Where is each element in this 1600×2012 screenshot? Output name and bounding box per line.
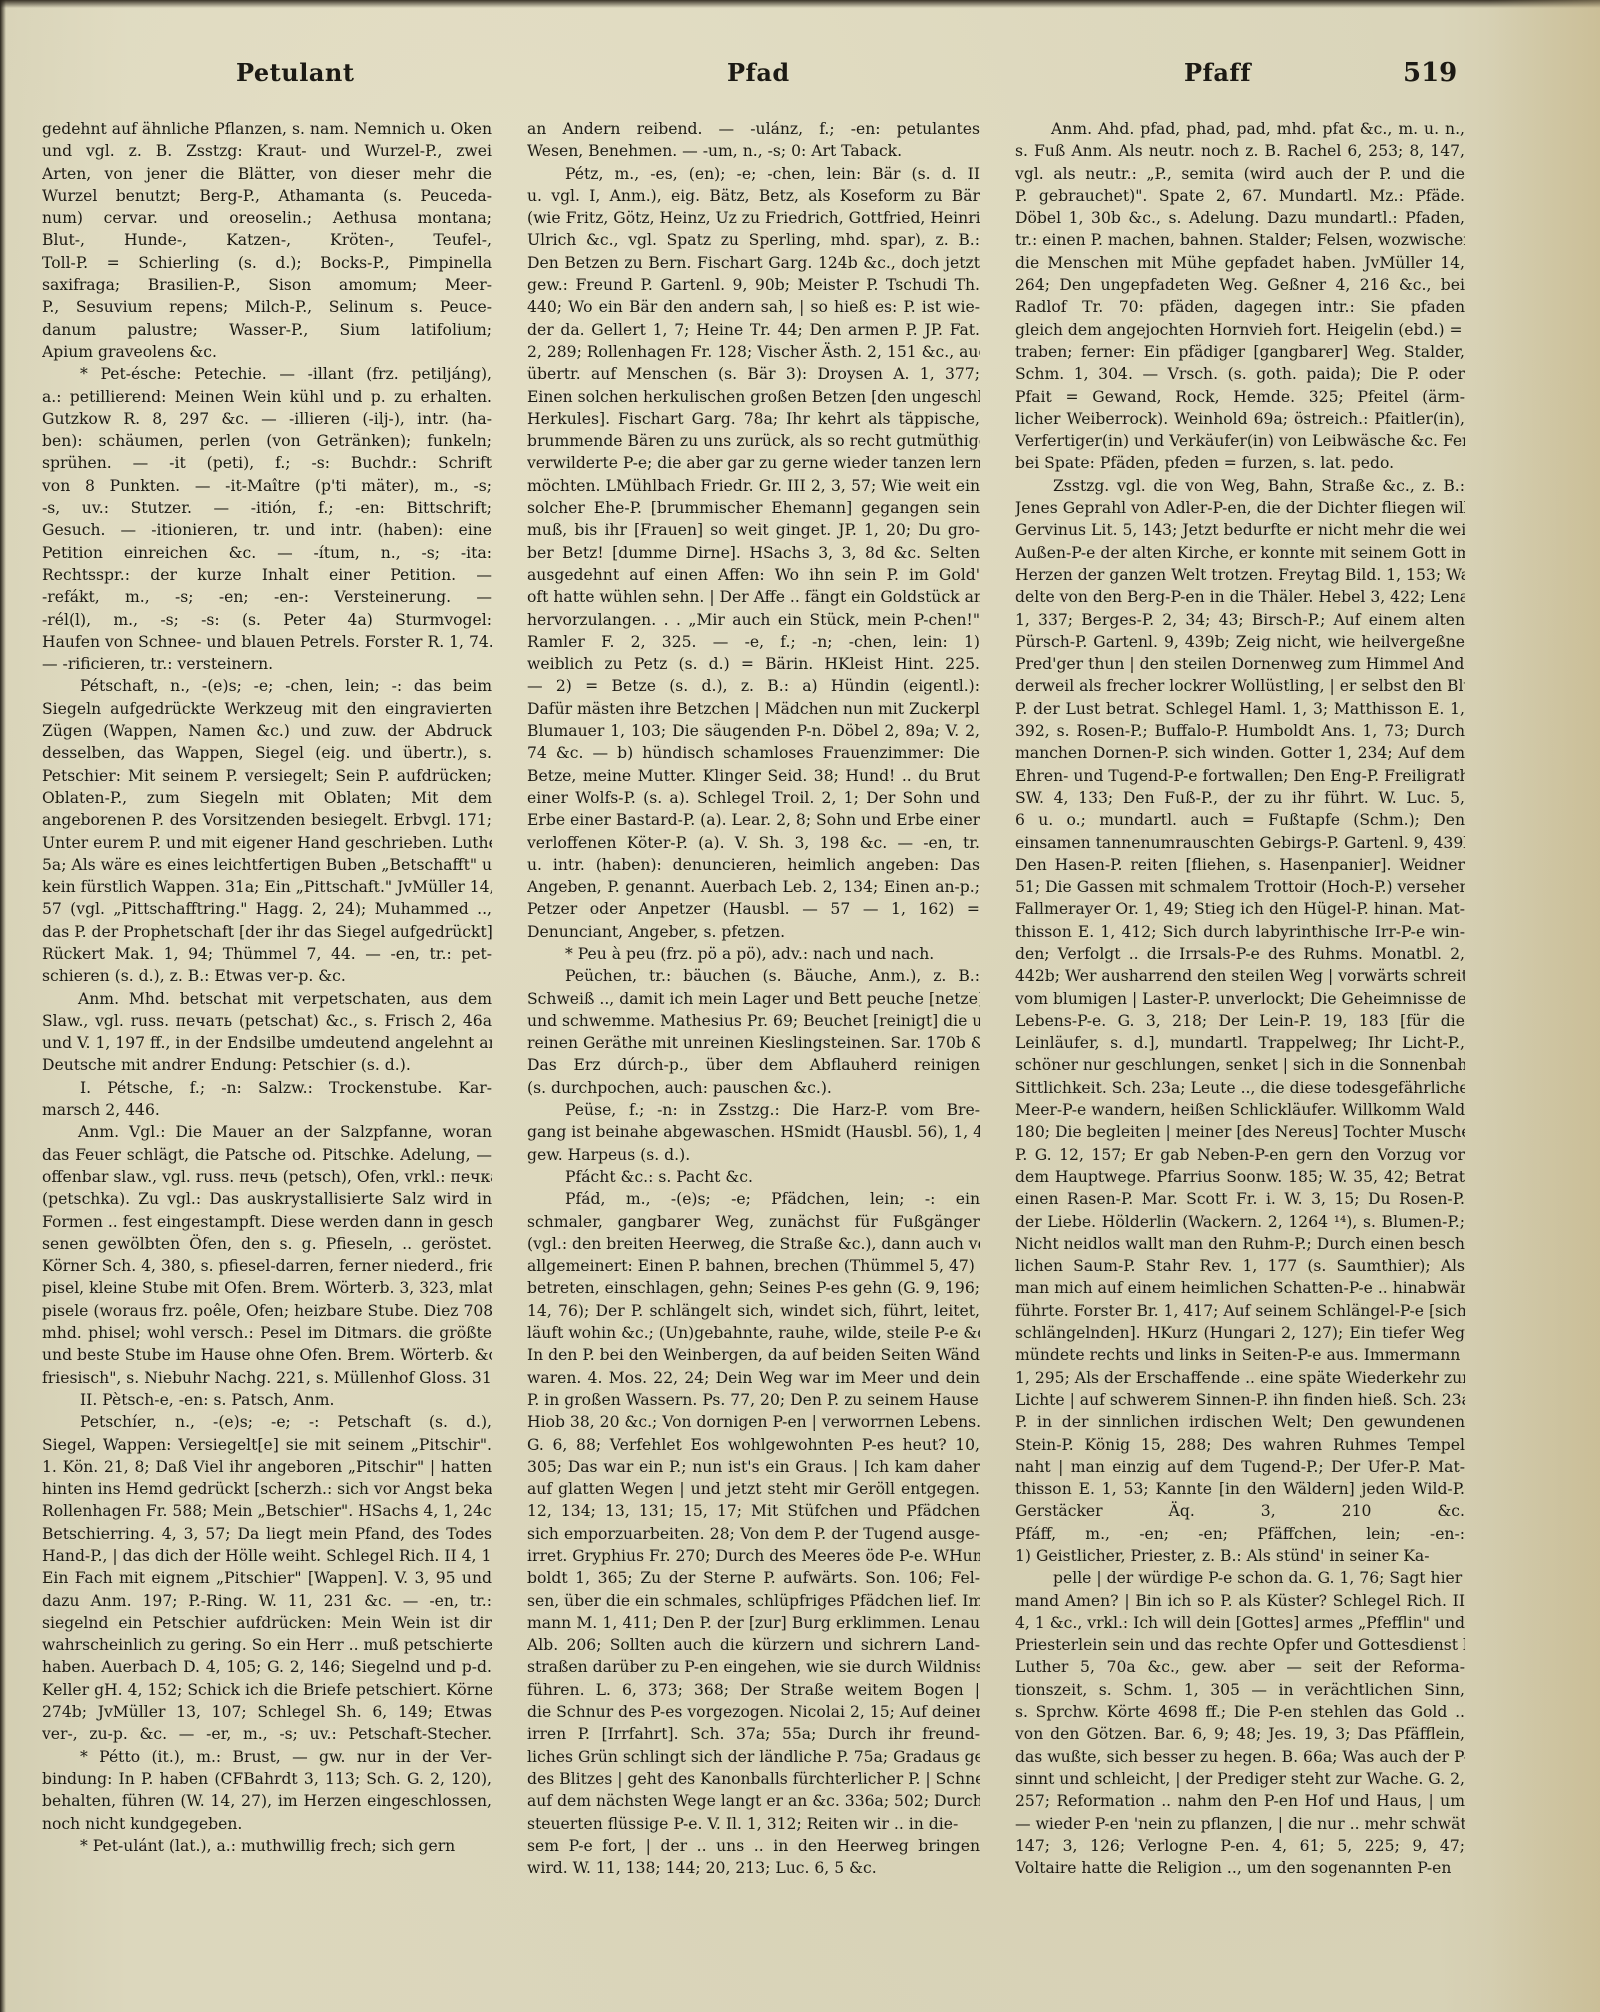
text-line: den; Verfolgt .. die Irrsals-P-e des Ruh…	[1015, 943, 1465, 965]
text-line: -refákt, m., -s; -en; -en-: Versteinerun…	[42, 586, 492, 608]
text-line: Radlof Tr. 70: pfäden, dagegen intr.: Si…	[1015, 296, 1465, 318]
text-line: Pétschaft, n., -(e)s; -e; -chen, lein; -…	[42, 675, 492, 697]
text-line: dazu Anm. 197; P.-Ring. W. 11, 231 &c. —…	[42, 1590, 492, 1612]
text-line: pelle | der würdige P-e schon da. G. 1, …	[1015, 1567, 1465, 1589]
text-line: Pürsch-P. Gartenl. 9, 439b; Zeig nicht, …	[1015, 631, 1465, 653]
text-line: gleich dem angejochten Hornvieh fort. He…	[1015, 319, 1465, 341]
text-line: dem Hauptwege. Pfarrius Soonw. 185; W. 3…	[1015, 1166, 1465, 1188]
text-line: Petschíer, n., -(e)s; -e; -: Petschaft (…	[42, 1411, 492, 1433]
text-line: Angeben, P. genannt. Auerbach Leb. 2, 13…	[527, 876, 980, 898]
text-line: Betschierring. 4, 3, 57; Da liegt mein P…	[42, 1523, 492, 1545]
text-line: schöner nur geschlungen, senket | sich i…	[1015, 1054, 1465, 1076]
text-line: delte von den Berg-P-en in die Thäler. H…	[1015, 586, 1465, 608]
text-line: Ramler F. 2, 325. — -e, f.; -n; -chen, l…	[527, 631, 980, 653]
text-line: auf dem nächsten Wege langt er an &c. 33…	[527, 1790, 980, 1812]
text-line: Wurzel benutzt; Berg-P., Athamanta (s. P…	[42, 185, 492, 207]
text-line: brummende Bären zu uns zurück, als so re…	[527, 430, 980, 452]
text-line: Rollenhagen Fr. 588; Mein „Betschier". H…	[42, 1500, 492, 1522]
text-line: möchten. LMühlbach Friedr. Gr. III 2, 3,…	[527, 475, 980, 497]
text-line: Keller gH. 4, 152; Schick ich die Briefe…	[42, 1679, 492, 1701]
text-line: Leinläufer, s. d.], mundartl. Trappelweg…	[1015, 1032, 1465, 1054]
text-line: Petition einreichen &c. — -ítum, n., -s;…	[42, 542, 492, 564]
text-line: Pfait = Gewand, Rock, Hemde. 325; Pfeite…	[1015, 386, 1465, 408]
text-line: 1) Geistlicher, Priester, z. B.: Als stü…	[1015, 1545, 1465, 1567]
text-line: 14, 76); Der P. schlängelt sich, windet …	[527, 1300, 980, 1322]
text-line: Pred'ger thun | den steilen Dornenweg zu…	[1015, 653, 1465, 675]
text-line: schlängelnden]. HKurz (Hungari 2, 127); …	[1015, 1322, 1465, 1344]
text-line: u. vgl. I, Anm.), eig. Bätz, Betz, als K…	[527, 185, 980, 207]
text-line: sprühen. — -it (peti), f.; -s: Buchdr.: …	[42, 452, 492, 474]
text-line: * Pet-ésche: Petechie. — -illant (frz. p…	[42, 363, 492, 385]
text-line: und schwemme. Mathesius Pr. 69; Beuchet …	[527, 1010, 980, 1032]
text-line: danum palustre; Wasser-P., Sium latifoli…	[42, 319, 492, 341]
text-line: 57 (vgl. „Pittschafftring." Hagg. 2, 24)…	[42, 898, 492, 920]
text-line: licher Weiberrock). Weinhold 69a; östrei…	[1015, 408, 1465, 430]
text-line: 180; Die begleiten | meiner [des Nereus]…	[1015, 1121, 1465, 1143]
text-line: G. 6, 88; Verfehlet Eos wohlgewohnten P-…	[527, 1434, 980, 1456]
text-line: naht | man einzig auf dem Tugend-P.; Der…	[1015, 1456, 1465, 1478]
text-line: 12, 134; 13, 131; 15, 17; Mit Stüfchen u…	[527, 1500, 980, 1522]
text-line: mhd. phisel; wohl versch.: Pesel im Ditm…	[42, 1322, 492, 1344]
text-line: 442b; Wer ausharrend den steilen Weg | v…	[1015, 965, 1465, 987]
text-line: hinten ins Hemd gedrückt [scherzh.: sich…	[42, 1478, 492, 1500]
text-line: irren P. [Irrfahrt]. Sch. 37a; 55a; Durc…	[527, 1723, 980, 1745]
paper-edge-tint	[1490, 0, 1600, 2012]
text-line: Blut-, Hunde-, Katzen-, Kröten-, Teufel-…	[42, 229, 492, 251]
text-line: traben; ferner: Ein pfädiger [gangbarer]…	[1015, 341, 1465, 363]
text-line: Einen solchen herkulischen großen Betzen…	[527, 386, 980, 408]
text-line: thisson E. 1, 412; Sich durch labyrinthi…	[1015, 921, 1465, 943]
text-line: bei Spate: Pfäden, pfeden = furzen, s. l…	[1015, 452, 1465, 474]
text-line: s. Sprchw. Körte 4698 ff.; Die P-en steh…	[1015, 1701, 1465, 1723]
text-line: 5a; Als wäre es eines leichtfertigen Bub…	[42, 854, 492, 876]
text-line: 6 u. o.; mundartl. auch = Fußtapfe (Schm…	[1015, 809, 1465, 831]
text-line: Erbe einer Bastard-P. (a). Lear. 2, 8; S…	[527, 809, 980, 831]
text-line: friesisch", s. Niebuhr Nachg. 221, s. Mü…	[42, 1367, 492, 1389]
text-line: II. Pètsch-e, -en: s. Patsch, Anm.	[42, 1389, 492, 1411]
text-line: reinen Geräthe mit unreinen Kieslingstei…	[527, 1032, 980, 1054]
text-line: 264; Den ungepfadeten Weg. Geßner 4, 216…	[1015, 274, 1465, 296]
text-line: Verfertiger(in) und Verkäufer(in) von Le…	[1015, 430, 1465, 452]
text-line: Siegel, Wappen: Versiegelt[e] sie mit se…	[42, 1434, 492, 1456]
text-line: desselben, das Wappen, Siegel (eig. und …	[42, 742, 492, 764]
text-line: ausgedehnt auf einen Affen: Wo ihn sein …	[527, 564, 980, 586]
text-line: von 8 Punkten. — -it-Maître (p'ti mäter)…	[42, 475, 492, 497]
text-line: -s, uv.: Stutzer. — -itión, f.; -en: Bit…	[42, 497, 492, 519]
text-line: Pétz, m., -es, (en); -e; -chen, lein: Bä…	[527, 163, 980, 185]
text-line: Zsstzg. vgl. die von Weg, Bahn, Straße &…	[1015, 475, 1465, 497]
text-line: gew.: Freund P. Gartenl. 9, 90b; Meister…	[527, 274, 980, 296]
text-line: 2, 289; Rollenhagen Fr. 128; Vischer Äst…	[527, 341, 980, 363]
text-line: kein fürstlich Wappen. 31a; Ein „Pittsch…	[42, 876, 492, 898]
text-line: Hand-P., | das dich der Hölle weiht. Sch…	[42, 1545, 492, 1567]
text-line: Pfád, m., -(e)s; -e; Pfädchen, lein; -: …	[527, 1188, 980, 1210]
text-line: a.: petillierend: Meinen Wein kühl und p…	[42, 386, 492, 408]
text-line: angeborenen P. des Vorsitzenden besiegel…	[42, 809, 492, 831]
text-line: Döbel 1, 30b &c., s. Adelung. Dazu munda…	[1015, 207, 1465, 229]
text-line: Unter eurem P. und mit eigener Hand gesc…	[42, 832, 492, 854]
text-line: Pfáff, m., -en; -en; Pfäffchen, lein; -e…	[1015, 1523, 1465, 1545]
text-line: 440; Wo ein Bär den andern sah, | so hie…	[527, 296, 980, 318]
text-line: Blumauer 1, 103; Die säugenden P-n. Döbe…	[527, 720, 980, 742]
column-right: Anm. Ahd. pfad, phad, pad, mhd. pfat &c.…	[1015, 118, 1465, 1879]
text-line: P. in der sinnlichen irdischen Welt; Den…	[1015, 1411, 1465, 1433]
text-line: liches Grün schlingt sich der ländliche …	[527, 1746, 980, 1768]
text-line: (s. durchpochen, auch: pauschen &c.).	[527, 1077, 980, 1099]
text-line: die Schnur des P-es vorgezogen. Nicolai …	[527, 1701, 980, 1723]
text-line: sich emporzuarbeiten. 28; Von dem P. der…	[527, 1523, 980, 1545]
text-line: Luther 5, 70a &c., gew. aber — seit der …	[1015, 1656, 1465, 1678]
text-line: Anm. Ahd. pfad, phad, pad, mhd. pfat &c.…	[1015, 118, 1465, 140]
text-line: pisel, kleine Stube mit Ofen. Brem. Wört…	[42, 1277, 492, 1299]
text-line: mann M. 1, 411; Den P. der [zur] Burg er…	[527, 1612, 980, 1634]
text-line: saxifraga; Brasilien-P., Sison amomum; M…	[42, 274, 492, 296]
scanned-dictionary-page: Petulant Pfad Pfaff 519 gedehnt auf ähnl…	[0, 0, 1600, 2012]
text-line: solcher Ehe-P. [brummischer Ehemann] geg…	[527, 497, 980, 519]
text-line: 257; Reformation .. nahm den P-en Hof un…	[1015, 1790, 1465, 1812]
text-line: steuerten flüssige P-e. V. Il. 1, 312; R…	[527, 1813, 980, 1835]
text-line: Formen .. fest eingestampft. Diese werde…	[42, 1211, 492, 1233]
text-line: ben): schäumen, perlen (von Getränken); …	[42, 430, 492, 452]
text-line: bindung: In P. haben (CFBahrdt 3, 113; S…	[42, 1768, 492, 1790]
text-line: SW. 4, 133; Den Fuß-P., der zu ihr führt…	[1015, 787, 1465, 809]
text-line: weiblich zu Petz (s. d.) = Bärin. HKleis…	[527, 653, 980, 675]
text-line: behalten, führen (W. 14, 27), im Herzen …	[42, 1790, 492, 1812]
text-line: Gutzkow R. 8, 297 &c. — -illieren (-ilj-…	[42, 408, 492, 430]
text-line: des Blitzes | geht des Kanonballs fürcht…	[527, 1768, 980, 1790]
text-line: Toll-P. = Schierling (s. d.); Bocks-P., …	[42, 252, 492, 274]
text-line: hervorzulangen. . . „Mir auch ein Stück,…	[527, 609, 980, 631]
text-line: * Peu à peu (frz. pö a pö), adv.: nach u…	[527, 943, 980, 965]
text-line: einer Wolfs-P. (s. a). Schlegel Troil. 2…	[527, 787, 980, 809]
text-line: sen, über die ein schmales, schlüpfriges…	[527, 1590, 980, 1612]
column-left: gedehnt auf ähnliche Pflanzen, s. nam. N…	[42, 118, 492, 1857]
text-line: Slaw., vgl. russ. печать (petschat) &c.,…	[42, 1010, 492, 1032]
text-line: mand Amen? | Bin ich so P. als Küster? S…	[1015, 1590, 1465, 1612]
text-line: Fallmerayer Or. 1, 49; Stieg ich den Hüg…	[1015, 898, 1465, 920]
text-line: noch nicht kundgegeben.	[42, 1813, 492, 1835]
text-line: sinnt und schleicht, | der Prediger steh…	[1015, 1768, 1465, 1790]
text-line: 305; Das war ein P.; nun ist's ein Graus…	[527, 1456, 980, 1478]
text-line: oft hatte wühlen sehn. | Der Affe .. fän…	[527, 586, 980, 608]
text-line: ver-, zu-p. &c. — -er, m., -s; uv.: Pets…	[42, 1723, 492, 1745]
text-line: Körner Sch. 4, 380, s. pfiesel-darren, f…	[42, 1255, 492, 1277]
text-line: P. in großen Wassern. Ps. 77, 20; Den P.…	[527, 1389, 980, 1411]
text-line: gew. Harpeus (s. d.).	[527, 1144, 980, 1166]
text-line: Hiob 38, 20 &c.; Von dornigen P-en | ver…	[527, 1411, 980, 1433]
text-line: marsch 2, 446.	[42, 1099, 492, 1121]
text-line: wird. W. 11, 138; 144; 20, 213; Luc. 6, …	[527, 1857, 980, 1879]
text-line: läuft wohin &c.; (Un)gebahnte, rauhe, wi…	[527, 1322, 980, 1344]
text-line: Lichte | auf schwerem Sinnen-P. ihn find…	[1015, 1389, 1465, 1411]
text-line: * Pétto (it.), m.: Brust, — gw. nur in d…	[42, 1746, 492, 1768]
text-line: s. Fuß Anm. Als neutr. noch z. B. Rachel…	[1015, 140, 1465, 162]
text-line: Betze, meine Mutter. Klinger Seid. 38; H…	[527, 765, 980, 787]
text-line: das Feuer schlägt, die Patsche od. Pitsc…	[42, 1144, 492, 1166]
text-line: waren. 4. Mos. 22, 24; Dein Weg war im M…	[527, 1367, 980, 1389]
text-line: einen Rasen-P. Mar. Scott Fr. i. W. 3, 1…	[1015, 1188, 1465, 1210]
text-line: derweil als frecher lockrer Wollüstling,…	[1015, 675, 1465, 697]
top-binding-shadow	[0, 0, 1600, 8]
text-line: In den P. bei den Weinbergen, da auf bei…	[527, 1344, 980, 1366]
text-line: Außen-P-e der alten Kirche, er konnte mi…	[1015, 542, 1465, 564]
text-line: 1. Kön. 21, 8; Daß Viel ihr angeboren „P…	[42, 1456, 492, 1478]
text-line: mündete rechts und links in Seiten-P-e a…	[1015, 1344, 1465, 1366]
text-line: Rückert Mak. 1, 94; Thümmel 7, 44. — -en…	[42, 943, 492, 965]
text-line: Deutsche mit andrer Endung: Petschier (s…	[42, 1054, 492, 1076]
text-line: (wie Fritz, Götz, Heinz, Uz zu Friedrich…	[527, 207, 980, 229]
text-line: Zügen (Wappen, Namen &c.) und zuw. der A…	[42, 720, 492, 742]
text-line: Petschier: Mit seinem P. versiegelt; Sei…	[42, 765, 492, 787]
text-line: von den Götzen. Bar. 6, 9; 48; Jes. 19, …	[1015, 1723, 1465, 1745]
text-line: Gervinus Lit. 5, 143; Jetzt bedurfte er …	[1015, 519, 1465, 541]
text-line: thisson E. 1, 53; Kannte [in den Wäldern…	[1015, 1478, 1465, 1500]
text-line: allgemeinert: Einen P. bahnen, brechen (…	[527, 1255, 980, 1277]
text-line: Rechtsspr.: der kurze Inhalt einer Petit…	[42, 564, 492, 586]
text-line: — -rificieren, tr.: versteinern.	[42, 653, 492, 675]
text-line: Jenes Geprahl von Adler-P-en, die der Di…	[1015, 497, 1465, 519]
text-line: haben. Auerbach D. 4, 105; G. 2, 146; Si…	[42, 1656, 492, 1678]
text-line: P. gebrauchet)". Spate 2, 67. Mundartl. …	[1015, 185, 1465, 207]
text-line: Meer-P-e wandern, heißen Schlickläufer. …	[1015, 1099, 1465, 1121]
text-line: Herzen der ganzen Welt trotzen. Freytag …	[1015, 564, 1465, 586]
left-binding-shadow	[0, 0, 6, 2012]
text-line: P. G. 12, 157; Er gab Neben-P-en gern de…	[1015, 1144, 1465, 1166]
text-line: Peüse, f.; -n: in Zsstzg.: Die Harz-P. v…	[527, 1099, 980, 1121]
text-line: Herkules]. Fischart Garg. 78a; Ihr kehrt…	[527, 408, 980, 430]
text-line: 4, 1 &c., vrkl.: Ich will dein [Gottes] …	[1015, 1612, 1465, 1634]
text-line: 1, 295; Als der Erschaffende .. eine spä…	[1015, 1367, 1465, 1389]
text-line: Lebens-P-e. G. 3, 218; Der Lein-P. 19, 1…	[1015, 1010, 1465, 1032]
text-line: Ulrich &c., vgl. Spatz zu Sperling, mhd.…	[527, 229, 980, 251]
text-line: Den Betzen zu Bern. Fischart Garg. 124b …	[527, 252, 980, 274]
running-header: Petulant Pfad Pfaff 519	[0, 58, 1600, 98]
text-line: Sittlichkeit. Sch. 23a; Leute .., die di…	[1015, 1077, 1465, 1099]
text-line: 274b; JvMüller 13, 107; Schlegel Sh. 6, …	[42, 1701, 492, 1723]
text-line: Ein Fach mit eignem „Pitschier" [Wappen]…	[42, 1567, 492, 1589]
text-line: boldt 1, 365; Zu der Sterne P. aufwärts.…	[527, 1567, 980, 1589]
text-line: sem P-e fort, | der .. uns .. in den Hee…	[527, 1835, 980, 1857]
text-line: -rél(l), m., -s; -s: (s. Peter 4a) Sturm…	[42, 609, 492, 631]
text-line: pisele (woraus frz. poêle, Ofen; heizbar…	[42, 1300, 492, 1322]
text-line: schmaler, gangbarer Weg, zunächst für Fu…	[527, 1211, 980, 1233]
text-line: P., Sesuvium repens; Milch-P., Selinum s…	[42, 296, 492, 318]
text-line: Pfácht &c.: s. Pacht &c.	[527, 1166, 980, 1188]
guideword-right: Pfaff	[1184, 58, 1251, 87]
text-line: einsamen tannenumrauschten Gebirgs-P. Ga…	[1015, 832, 1465, 854]
text-line: Priesterlein sein und das rechte Opfer u…	[1015, 1634, 1465, 1656]
text-line: auf glatten Wegen | und jetzt steht mir …	[527, 1478, 980, 1500]
text-line: und beste Stube im Hause ohne Ofen. Brem…	[42, 1344, 492, 1366]
text-line: I. Pétsche, f.; -n: Salzw.: Trockenstube…	[42, 1077, 492, 1099]
text-line: der da. Gellert 1, 7; Heine Tr. 44; Den …	[527, 319, 980, 341]
page-number: 519	[1403, 58, 1457, 88]
text-line: num) cervar. und oreoselin.; Aethusa mon…	[42, 207, 492, 229]
text-line: (vgl.: den breiten Heerweg, die Straße &…	[527, 1233, 980, 1255]
text-line: Siegeln aufgedrückte Werkzeug mit den ei…	[42, 698, 492, 720]
guideword-center: Pfad	[727, 58, 790, 87]
text-line: Anm. Mhd. betschat mit verpetschaten, au…	[42, 988, 492, 1010]
text-line: Peüchen, tr.: bäuchen (s. Bäuche, Anm.),…	[527, 965, 980, 987]
text-line: straßen darüber zu P-en eingehen, wie si…	[527, 1656, 980, 1678]
text-line: muß, bis ihr [Frauen] so weit ginget. JP…	[527, 519, 980, 541]
text-line: Denunciant, Angeber, s. pfetzen.	[527, 921, 980, 943]
text-line: 1, 337; Berges-P. 2, 34; 43; Birsch-P.; …	[1015, 609, 1465, 631]
text-line: Schm. 1, 304. — Vrsch. (s. goth. paida);…	[1015, 363, 1465, 385]
text-line: u. intr. (haben): denuncieren, heimlich …	[527, 854, 980, 876]
text-line: tr.: einen P. machen, bahnen. Stalder; F…	[1015, 229, 1465, 251]
text-line: Apium graveolens &c.	[42, 341, 492, 363]
column-middle: an Andern reibend. — -ulánz, f.; -en: pe…	[527, 118, 980, 1879]
text-line: führen. L. 6, 373; 368; Der Straße weite…	[527, 1679, 980, 1701]
text-line: und V. 1, 197 ff., in der Endsilbe umdeu…	[42, 1032, 492, 1054]
text-line: verloffenen Köter-P. (a). V. Sh. 3, 198 …	[527, 832, 980, 854]
text-line: 147; 3, 126; Verlogne P-en. 4, 61; 5, 22…	[1015, 1835, 1465, 1857]
text-line: Petzer oder Anpetzer (Hausbl. — 57 — 1, …	[527, 898, 980, 920]
guideword-left: Petulant	[236, 58, 354, 87]
text-line: irret. Gryphius Fr. 270; Durch des Meere…	[527, 1545, 980, 1567]
text-line: Haufen von Schnee- und blauen Petrels. F…	[42, 631, 492, 653]
text-line: Alb. 206; Sollten auch die kürzern und s…	[527, 1634, 980, 1656]
text-line: offenbar slaw., vgl. russ. печь (petsch)…	[42, 1166, 492, 1188]
text-line: ber Betz! [dumme Dirne]. HSachs 3, 3, 8d…	[527, 542, 980, 564]
text-line: Oblaten-P., zum Siegeln mit Oblaten; Mit…	[42, 787, 492, 809]
text-line: Gesuch. — -itionieren, tr. und intr. (ha…	[42, 519, 492, 541]
text-line: Gerstäcker Äq. 3, 210 &c.	[1015, 1500, 1465, 1522]
text-line: P. der Lust betrat. Schlegel Haml. 1, 3;…	[1015, 698, 1465, 720]
text-line: Den Hasen-P. reiten [fliehen, s. Hasenpa…	[1015, 854, 1465, 876]
text-line: * Pet-ulánt (lat.), a.: muthwillig frech…	[42, 1835, 492, 1857]
text-line: — wieder P-en 'nein zu pflanzen, | die n…	[1015, 1813, 1465, 1835]
text-line: (petschka). Zu vgl.: Das auskrystallisie…	[42, 1188, 492, 1210]
text-line: siegelnd ein Petschier aufdrücken: Mein …	[42, 1612, 492, 1634]
text-line: — 2) = Betze (s. d.), z. B.: a) Hündin (…	[527, 675, 980, 697]
text-line: Arten, von jener die Blätter, von dieser…	[42, 163, 492, 185]
text-line: 74 &c. — b) hündisch schamloses Frauenzi…	[527, 742, 980, 764]
text-line: an Andern reibend. — -ulánz, f.; -en: pe…	[527, 118, 980, 140]
text-line: Schweiß .., damit ich mein Lager und Bet…	[527, 988, 980, 1010]
text-line: führte. Forster Br. 1, 417; Auf seinem S…	[1015, 1300, 1465, 1322]
text-line: schieren (s. d.), z. B.: Etwas ver-p. &c…	[42, 965, 492, 987]
text-line: gang ist beinahe abgewaschen. HSmidt (Ha…	[527, 1121, 980, 1143]
text-line: Ehren- und Tugend-P-e fortwallen; Den En…	[1015, 765, 1465, 787]
text-line: vom blumigen | Laster-P. unverlockt; Die…	[1015, 988, 1465, 1010]
text-line: vgl. als neutr.: „P., semita (wird auch …	[1015, 163, 1465, 185]
text-line: die Menschen mit Mühe gepfadet haben. Jv…	[1015, 252, 1465, 274]
text-line: verwilderte P-e; die aber gar zu gerne w…	[527, 452, 980, 474]
text-line: betreten, einschlagen, gehn; Seines P-es…	[527, 1277, 980, 1299]
text-line: Voltaire hatte die Religion .., um den s…	[1015, 1857, 1465, 1879]
text-line: 392, s. Rosen-P.; Buffalo-P. Humboldt An…	[1015, 720, 1465, 742]
text-line: Stein-P. König 15, 288; Des wahren Ruhme…	[1015, 1434, 1465, 1456]
text-line: Wesen, Benehmen. — -um, n., -s; 0: Art T…	[527, 140, 980, 162]
text-line: und vgl. z. B. Zsstzg: Kraut- und Wurzel…	[42, 140, 492, 162]
text-line: gedehnt auf ähnliche Pflanzen, s. nam. N…	[42, 118, 492, 140]
text-line: Das Erz dúrch-p., über dem Abflauherd re…	[527, 1054, 980, 1076]
text-line: der Liebe. Hölderlin (Wackern. 2, 1264 ¹…	[1015, 1211, 1465, 1233]
text-line: man mich auf einem heimlichen Schatten-P…	[1015, 1277, 1465, 1299]
text-line: lichen Saum-P. Stahr Rev. 1, 177 (s. Sau…	[1015, 1255, 1465, 1277]
text-line: das P. der Prophetschaft [der ihr das Si…	[42, 921, 492, 943]
text-line: senen gewölbten Öfen, den s. g. Pfieseln…	[42, 1233, 492, 1255]
text-line: Anm. Vgl.: Die Mauer an der Salzpfanne, …	[42, 1121, 492, 1143]
text-line: 51; Die Gassen mit schmalem Trottoir (Ho…	[1015, 876, 1465, 898]
text-line: tionszeit, s. Schm. 1, 305 — in verächtl…	[1015, 1679, 1465, 1701]
text-line: manchen Dornen-P. sich winden. Gotter 1,…	[1015, 742, 1465, 764]
text-line: Dafür mästen ihre Betzchen | Mädchen nun…	[527, 698, 980, 720]
text-line: Nicht neidlos wallt man den Ruhm-P.; Dur…	[1015, 1233, 1465, 1255]
text-line: übertr. auf Menschen (s. Bär 3): Droysen…	[527, 363, 980, 385]
text-line: wahrscheinlich zu gering. So ein Herr ..…	[42, 1634, 492, 1656]
text-line: das wußte, sich besser zu hegen. B. 66a;…	[1015, 1746, 1465, 1768]
